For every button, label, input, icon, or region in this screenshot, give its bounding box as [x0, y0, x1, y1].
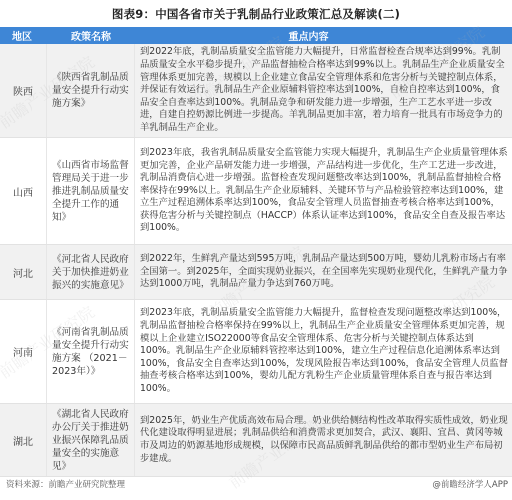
table-row: 河北 《河北省人民政府关于加快推进奶业振兴的实施意见》 到2022年，生鲜乳产量…	[0, 245, 512, 300]
footer: 资料来源：前瞻产业研究院整理 @前瞻经济学人APP	[0, 478, 512, 494]
header-policy: 政策名称	[47, 28, 135, 43]
header-region: 地区	[0, 28, 47, 43]
region-cell: 河北	[0, 245, 47, 299]
policy-cell: 《山西省市场监督管理局关于进一步推进乳制品质量安全提升工作的通知》	[47, 138, 135, 244]
brand-credit: @前瞻经济学人APP	[432, 478, 508, 490]
figure-title: 图表9：中国各省市关于乳制品行业政策汇总及解读(二)	[0, 6, 512, 22]
policy-table: 地区 政策名称 重点内容 陕西 《陕西省乳制品质量安全提升行动实施方案》 到20…	[0, 27, 512, 477]
region-cell: 河南	[0, 300, 47, 403]
policy-cell: 《河北省人民政府关于加快推进奶业振兴的实施意见》	[47, 245, 135, 299]
content-cell: 到2025年，奶业生产优质高效布局合理。奶业供给侧结构性改革取得实质性成效，奶业…	[135, 404, 512, 476]
header-content: 重点内容	[135, 28, 512, 43]
content-cell: 到2023年底，乳制品质量安全监管能力大幅提升，监督检查发现问题整改率达到100…	[135, 300, 512, 403]
source-note: 资料来源：前瞻产业研究院整理	[6, 478, 125, 490]
region-cell: 湖北	[0, 404, 47, 476]
table-header: 地区 政策名称 重点内容	[0, 27, 512, 44]
policy-cell: 《湖北省人民政府办公厅关于推进奶业振兴保障乳品质量安全的实施意见》	[47, 404, 135, 476]
content-cell: 到2022年，生鲜乳产量达到595万吨，乳制品产量达到500万吨，婴幼儿乳粉市场…	[135, 245, 512, 299]
table-row: 河南 《河南省乳制品质量安全提升行动实施方案 （2021－2023年）》 到20…	[0, 300, 512, 404]
region-cell: 山西	[0, 138, 47, 244]
policy-cell: 《陕西省乳制品质量安全提升行动实施方案》	[47, 44, 135, 137]
policy-cell: 《河南省乳制品质量安全提升行动实施方案 （2021－2023年）》	[47, 300, 135, 403]
table-row: 湖北 《湖北省人民政府办公厅关于推进奶业振兴保障乳品质量安全的实施意见》 到20…	[0, 404, 512, 477]
table-row: 山西 《山西省市场监督管理局关于进一步推进乳制品质量安全提升工作的通知》 到20…	[0, 138, 512, 245]
region-cell: 陕西	[0, 44, 47, 137]
content-cell: 到2022年底，乳制品质量安全监管能力大幅提升，日常监督检查合规率达到99%。乳…	[135, 44, 512, 137]
table-row: 陕西 《陕西省乳制品质量安全提升行动实施方案》 到2022年底，乳制品质量安全监…	[0, 44, 512, 138]
content-cell: 到2023年底，我省乳制品质量安全监管能力实现大幅提升，乳制品生产企业质量管理体…	[135, 138, 512, 244]
